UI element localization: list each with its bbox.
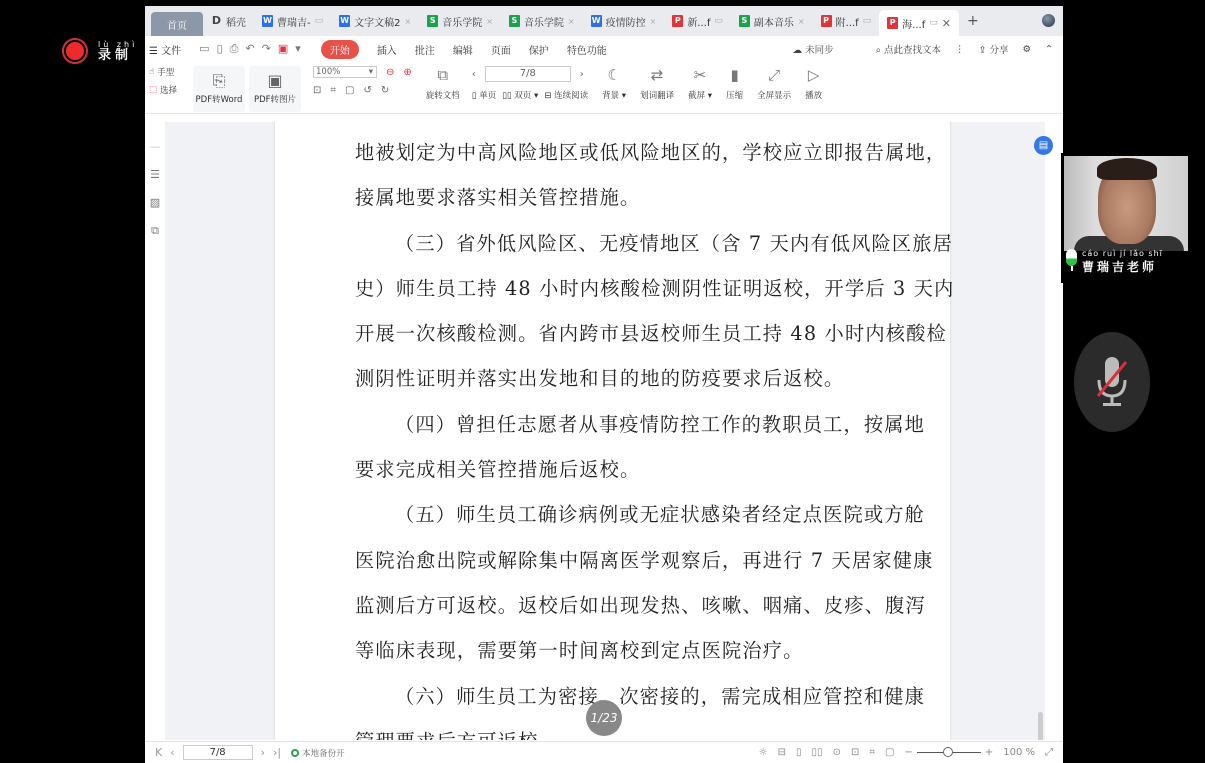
- sheet-file-icon: S: [739, 15, 750, 27]
- select-icon: ⬚: [149, 85, 157, 95]
- tab-bar: 首页 D稻壳 W曹瑞吉-▭ W文字文稿2× S音乐学院× S音乐学院× W疫情防…: [145, 6, 1063, 36]
- video-tile[interactable]: cáo ruì jí lǎo shī 曹瑞吉老师: [1061, 153, 1188, 283]
- next-page-icon[interactable]: ›: [261, 746, 265, 759]
- compress-icon: ▮: [730, 66, 738, 84]
- fit-page-icon[interactable]: ⌗: [330, 85, 336, 96]
- translate-button[interactable]: ⇄划词翻译: [640, 66, 674, 101]
- page-input[interactable]: 7/8: [485, 66, 571, 82]
- close-icon[interactable]: ×: [650, 17, 657, 26]
- local-backup-status[interactable]: 本地备份开: [291, 747, 345, 759]
- eye-protect-icon[interactable]: ☼: [759, 747, 768, 758]
- mute-button[interactable]: [1074, 332, 1150, 432]
- continuous-view-icon[interactable]: ⊟: [778, 747, 786, 758]
- search-text[interactable]: ⌕ 点此查找文本: [876, 42, 941, 56]
- document-text: 地被划定为中高风险地区或低风险地区的，学校应立即报告属地， 接属地要求落实相关管…: [355, 130, 875, 740]
- sheet-file-icon: S: [427, 15, 438, 27]
- translate-icon: ⇄: [651, 66, 664, 84]
- hand-tool[interactable]: ☝手型: [149, 66, 189, 78]
- outline-icon[interactable]: ☰: [150, 168, 160, 181]
- ribbon-toolbar: ☝手型 ⬚选择 ⎘PDF转Word ▣PDF转图片 100%▾⊖⊕ ⊡⌗▢↺↻ …: [145, 62, 1063, 114]
- fullscreen-button[interactable]: ⤢全屏显示: [757, 66, 791, 101]
- record-label: 录制: [98, 49, 137, 62]
- fit-page-icon[interactable]: ⌗: [869, 747, 875, 758]
- open-icon[interactable]: ▭: [199, 42, 209, 56]
- new-tab-button[interactable]: +: [959, 13, 987, 29]
- pdf-file-icon: P: [887, 17, 898, 29]
- scissors-icon: ✂: [694, 66, 707, 84]
- doc-line: 史）师生员工持 48 小时内核酸检测阴性证明返校，开学后 3 天内: [355, 266, 875, 311]
- compress-button[interactable]: ▮压缩: [726, 66, 743, 101]
- prev-page-icon[interactable]: ‹: [472, 69, 476, 80]
- participant-pinyin: cáo ruì jí lǎo shī: [1082, 249, 1163, 258]
- menu-page[interactable]: 页面: [491, 42, 511, 57]
- backup-icon: [291, 749, 299, 757]
- pdf-to-image-button[interactable]: ▣PDF转图片: [249, 66, 301, 112]
- background-button[interactable]: ☾背景 ▾: [602, 66, 626, 101]
- tab-doc[interactable]: W文字文稿2×: [331, 6, 419, 36]
- doc-line: 等临床表现，需要第一时间离校到定点医院治疗。: [355, 628, 875, 673]
- close-icon[interactable]: ×: [568, 17, 575, 26]
- pdf-file-icon: P: [672, 15, 683, 27]
- rotate-left-icon[interactable]: ↺: [363, 85, 371, 96]
- camera-feed: [1064, 156, 1188, 251]
- fit-width-icon[interactable]: ▢: [885, 747, 894, 758]
- select-tool[interactable]: ⬚选择: [149, 84, 189, 96]
- record-icon: [62, 38, 88, 64]
- menu-start[interactable]: 开始: [321, 40, 359, 59]
- print-icon[interactable]: ⎙: [230, 42, 239, 56]
- pin-icon[interactable]: ▭: [315, 16, 324, 26]
- pdf-to-word-button[interactable]: ⎘PDF转Word: [193, 66, 245, 112]
- share-button[interactable]: ⇪ 分享: [979, 42, 1009, 56]
- zoom-in-icon[interactable]: ⊕: [403, 67, 411, 78]
- collapse-icon[interactable]: ⌃: [1045, 44, 1053, 55]
- dropdown-icon[interactable]: ▾: [295, 42, 301, 56]
- tab-doc[interactable]: W疫情防控×: [583, 6, 665, 36]
- left-sidebar: — ☰ ▨ ⧉: [145, 122, 165, 742]
- menu-insert[interactable]: 插入: [377, 42, 397, 57]
- word-file-icon: W: [591, 15, 602, 27]
- tab-pdf[interactable]: P新...f▭: [664, 6, 731, 36]
- zoom-slider[interactable]: −+: [904, 747, 993, 758]
- rotate-right-icon[interactable]: ↻: [381, 85, 389, 96]
- pdf-word-icon: ⎘: [213, 73, 226, 89]
- participant-label: cáo ruì jí lǎo shī 曹瑞吉老师: [1065, 249, 1163, 275]
- close-icon[interactable]: ×: [486, 17, 493, 26]
- doc-line: （三）省外低风险区、无疫情地区（含 7 天内有低风险区旅居: [355, 221, 875, 266]
- tab-sheet[interactable]: S副本音乐×: [731, 6, 813, 36]
- single-view-icon[interactable]: ▯: [796, 747, 802, 758]
- menu-bar: ☰ 文件 ▭ ▯ ⎙ ↶ ↷ ▣ ▾ 开始 插入 批注 编辑 页面 保护 特色功…: [145, 36, 1063, 62]
- double-page-button[interactable]: ▯▯ 双页 ▾: [502, 89, 538, 101]
- settings-icon[interactable]: ⚙: [1023, 44, 1032, 55]
- doc-line: 要求完成相关管控措施后返校。: [355, 447, 875, 492]
- fullscreen-icon[interactable]: ⤢: [1045, 747, 1053, 758]
- pin-icon[interactable]: ▭: [714, 16, 723, 26]
- tab-doc[interactable]: W曹瑞吉-▭: [254, 6, 331, 36]
- status-page-input[interactable]: 7/8: [183, 745, 253, 760]
- close-icon[interactable]: ✕: [942, 17, 951, 30]
- tab-pdf[interactable]: P附...f▭: [813, 6, 880, 36]
- tab-sheet[interactable]: S音乐学院×: [419, 6, 501, 36]
- menu-annotate[interactable]: 批注: [415, 42, 435, 57]
- screenshot-button[interactable]: ✂截屏 ▾: [688, 66, 712, 101]
- fullscreen-icon: ⤢: [768, 66, 780, 84]
- wps-pdf-window: 首页 D稻壳 W曹瑞吉-▭ W文字文稿2× S音乐学院× S音乐学院× W疫情防…: [145, 6, 1063, 763]
- doc-line: （五）师生员工确诊病例或无症状感染者经定点医院或方舱: [355, 492, 875, 537]
- first-page-icon[interactable]: K: [155, 746, 162, 759]
- hand-icon: ☝: [149, 67, 154, 77]
- zoom-select[interactable]: 100%▾: [313, 66, 377, 78]
- single-page-button[interactable]: ▯ 单页: [472, 89, 496, 101]
- pdf-page: 地被划定为中高风险地区或低风险地区的，学校应立即报告属地， 接属地要求落实相关管…: [275, 122, 950, 740]
- sync-status[interactable]: ☁ 未同步: [793, 42, 834, 56]
- pdf-image-icon: ▣: [267, 73, 282, 89]
- doc-line: 测阴性证明并落实出发地和目的地的防疫要求后返校。: [355, 356, 875, 401]
- close-icon[interactable]: ×: [798, 17, 805, 26]
- double-view-icon[interactable]: ▯▯: [812, 747, 823, 758]
- sheet-file-icon: S: [509, 15, 520, 27]
- more-icon[interactable]: ⋮: [955, 44, 965, 55]
- pin-icon[interactable]: ▭: [863, 16, 872, 26]
- docer-icon: D: [211, 15, 222, 27]
- zoom-level: 100 %: [1003, 747, 1035, 758]
- menu-edit[interactable]: 编辑: [453, 42, 473, 57]
- vertical-scrollbar[interactable]: [1038, 712, 1043, 740]
- prev-page-icon[interactable]: ‹: [170, 746, 174, 759]
- last-page-icon[interactable]: ›|: [273, 746, 281, 759]
- continuous-read-button[interactable]: ⊟ 连续阅读: [544, 89, 588, 101]
- user-avatar[interactable]: [1042, 14, 1055, 27]
- file-menu[interactable]: ☰ 文件: [149, 42, 181, 57]
- status-bar: K ‹ 7/8 › ›| 本地备份开 ☼ ⊟ ▯ ▯▯ ⊙ ⊡ ⌗ ▢ −+ 1…: [145, 741, 1063, 763]
- play-button[interactable]: ▷播放: [805, 66, 822, 101]
- doc-line: 医院治愈出院或解除集中隔离医学观察后，再进行 7 天居家健康: [355, 538, 875, 583]
- recording-indicator[interactable]: lù zhì 录制: [62, 38, 137, 64]
- pin-icon[interactable]: ▭: [929, 18, 938, 28]
- tab-pdf-active[interactable]: P海...f▭✕: [879, 10, 959, 36]
- redo-icon[interactable]: ↷: [262, 42, 271, 56]
- doc-line: （四）曾担任志愿者从事疫情防控工作的教职员工，按属地: [355, 402, 875, 447]
- doc-line: 地被划定为中高风险地区或低风险地区的，学校应立即报告属地，: [355, 130, 875, 175]
- fit-width-icon[interactable]: ▢: [345, 85, 354, 96]
- menu-features[interactable]: 特色功能: [567, 42, 607, 57]
- doc-line: 接属地要求落实相关管控措施。: [355, 175, 875, 220]
- participant-name: 曹瑞吉老师: [1082, 258, 1163, 275]
- actual-size-icon[interactable]: ⊡: [851, 747, 859, 758]
- actual-size-icon[interactable]: ⊡: [313, 85, 321, 96]
- word-file-icon: W: [262, 15, 273, 27]
- thumbnail-icon[interactable]: ▨: [150, 196, 160, 209]
- zoom-out-icon[interactable]: ⊖: [386, 67, 394, 78]
- pdf-file-icon: P: [821, 15, 832, 27]
- close-icon[interactable]: ×: [405, 17, 412, 26]
- collapse-handle[interactable]: —: [150, 140, 161, 153]
- menu-protect[interactable]: 保护: [529, 42, 549, 57]
- next-page-icon[interactable]: ›: [580, 69, 584, 80]
- doc-line: 监测后方可返校。返校后如出现发热、咳嗽、咽痛、皮疹、腹泻: [355, 583, 875, 628]
- tab-sheet[interactable]: S音乐学院×: [501, 6, 583, 36]
- quick-access: ▭ ▯ ⎙ ↶ ↷ ▣ ▾: [199, 42, 301, 56]
- export-icon[interactable]: ▣: [278, 42, 288, 56]
- mic-muted-icon: [1092, 352, 1132, 412]
- save-icon[interactable]: ▯: [217, 42, 223, 56]
- copy-pages-icon[interactable]: ⧉: [151, 224, 159, 238]
- document-canvas[interactable]: 地被划定为中高风险地区或低风险地区的，学校应立即报告属地， 接属地要求落实相关管…: [165, 122, 1045, 740]
- play-icon: ▷: [808, 66, 820, 84]
- doc-line: 开展一次核酸检测。省内跨市县返校师生员工持 48 小时内核酸检: [355, 311, 875, 356]
- word-file-icon: W: [339, 15, 350, 27]
- tab-home[interactable]: 首页: [151, 12, 203, 36]
- rotate-doc-button[interactable]: ⧉旋转文档: [426, 66, 460, 101]
- moon-icon: ☾: [607, 66, 620, 84]
- mic-active-icon: [1065, 249, 1078, 275]
- rotate-doc-icon: ⧉: [437, 66, 448, 84]
- play-icon[interactable]: ⊙: [833, 747, 841, 758]
- floating-tool-icon[interactable]: ▤: [1034, 136, 1053, 155]
- undo-icon[interactable]: ↶: [245, 42, 254, 56]
- page-badge: 1/23: [586, 700, 622, 736]
- tab-docer[interactable]: D稻壳: [203, 6, 254, 36]
